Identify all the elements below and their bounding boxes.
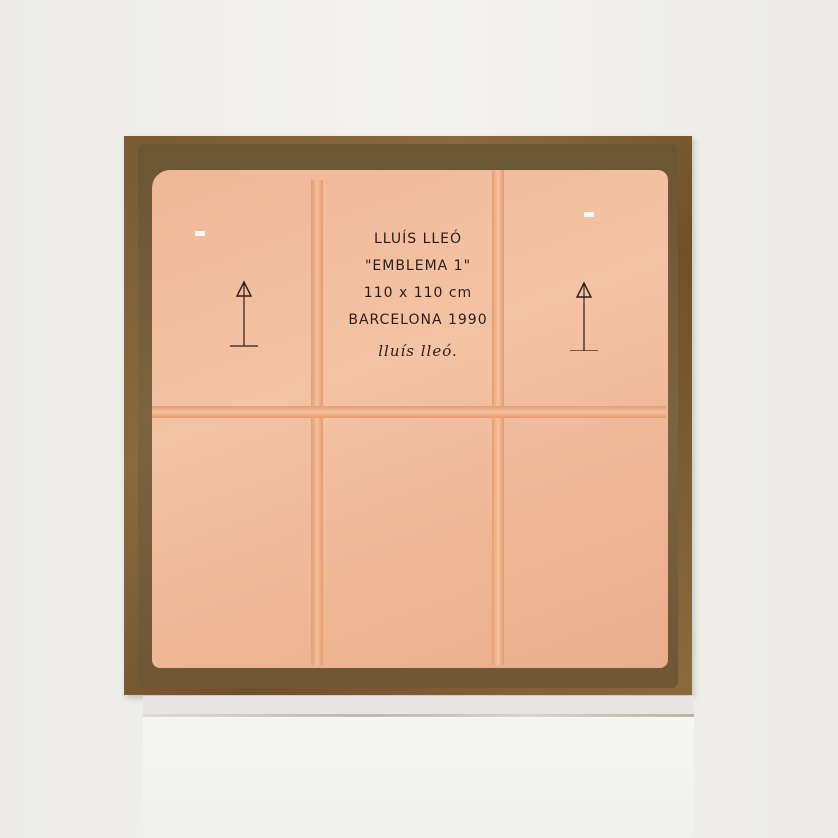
handwritten-inscription: LLUÍS LLEÓ "EMBLEMA 1" 110 x 110 cm BARC… <box>338 226 498 365</box>
pedestal-top <box>143 696 694 716</box>
pedestal-edge <box>143 714 694 717</box>
pedestal <box>143 696 694 838</box>
label-sticker-left <box>195 231 205 236</box>
stretcher-bar-left <box>311 180 323 665</box>
place-year: BARCELONA 1990 <box>338 307 498 334</box>
up-arrow-icon <box>229 280 259 350</box>
artist-signature: lluís lleó. <box>338 338 498 365</box>
artwork-dimensions: 110 x 110 cm <box>338 280 498 307</box>
artist-name: LLUÍS LLEÓ <box>338 226 498 253</box>
stretcher-bar-horizontal <box>152 406 666 418</box>
label-sticker-right <box>584 212 594 217</box>
artwork-title: "EMBLEMA 1" <box>338 253 498 280</box>
up-arrow-icon <box>569 281 599 351</box>
